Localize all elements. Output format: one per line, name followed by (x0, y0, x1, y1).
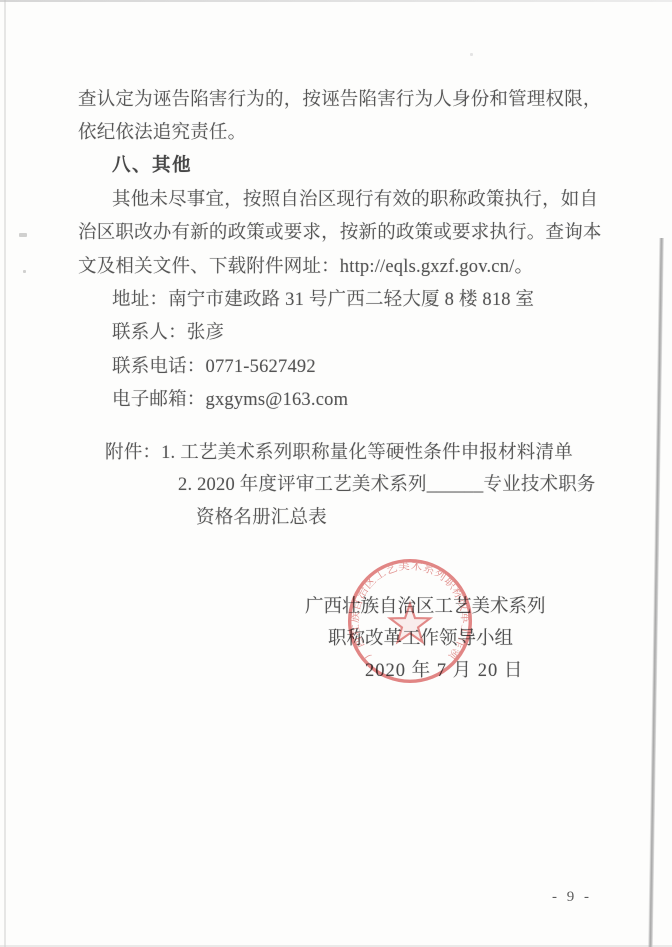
para-other-line-3-url: 文及相关文件、下载附件网址：http://eqls.gxzf.gov.cn/。 (78, 252, 533, 278)
section-heading-other: 八、其他 (112, 151, 192, 177)
contact-phone-line: 联系电话：0771-5627492 (112, 352, 316, 378)
para-accusation-line-1: 查认定为诬告陷害行为的，按诬告陷害行为人身份和管理权限， (78, 85, 602, 111)
scan-speck (470, 53, 473, 56)
scan-speck (23, 270, 26, 273)
para-other-line-1: 其他未尽事宜，按照自治区现行有效的职称政策执行，如自 (112, 185, 598, 211)
para-accusation-line-2: 依纪依法追究责任。 (78, 118, 246, 144)
scan-edge-right (648, 238, 664, 947)
scan-edge-top (0, 0, 672, 2)
para-other-line-2: 治区职改办有新的政策或要求，按新的政策或要求执行。查询本 (78, 218, 602, 244)
contact-address-line: 地址：南宁市建政路 31 号广西二轻大厦 8 楼 818 室 (112, 285, 534, 311)
official-seal: 广西壮族自治区工艺美术系列职称改革工作领导小组 (343, 554, 477, 688)
scan-speck (19, 233, 27, 237)
scan-edge-left (4, 0, 6, 947)
scanned-page: 查认定为诬告陷害行为的，按诬告陷害行为人身份和管理权限， 依纪依法追究责任。 八… (0, 0, 672, 947)
contact-person-line: 联系人：张彦 (112, 318, 224, 344)
seal-star-icon (390, 604, 430, 642)
attachment-item-2-continuation: 资格名册汇总表 (196, 503, 327, 529)
attachment-item-2-line: 2. 2020 年度评审工艺美术系列______专业技术职务 (178, 470, 596, 496)
official-seal-svg: 广西壮族自治区工艺美术系列职称改革工作领导小组 (343, 554, 477, 688)
contact-email-line: 电子邮箱：gxgyms@163.com (112, 385, 348, 411)
attachment-item-1-line: 附件：1. 工艺美术系列职称量化等硬性条件申报材料清单 (105, 438, 573, 464)
page-number: - 9 - (552, 889, 592, 906)
